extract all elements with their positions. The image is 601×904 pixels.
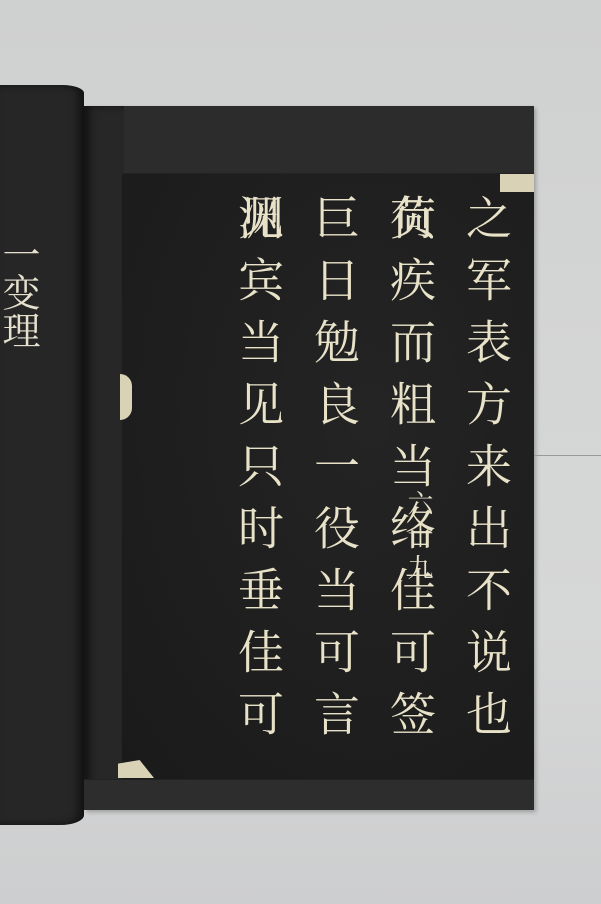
right-page: 之军表方来出不说也荷 负疾而粗当络佳可签 巨日勉良一役当可言渊 见宾当见只时垂佳…: [84, 106, 534, 810]
table-edge-line: [534, 455, 601, 456]
rubbing-panel: 之军表方来出不说也荷 负疾而粗当络佳可签 巨日勉良一役当可言渊 见宾当见只时垂佳…: [122, 174, 534, 780]
calligraphy-column-3: 巨日勉良一役当可言渊: [296, 194, 372, 774]
page-number-annotation: 六十九: [400, 490, 437, 586]
calligraphy-column-4: 见宾当见只时垂佳可: [220, 194, 296, 774]
bottom-margin-band: [84, 779, 534, 810]
inner-gutter: [84, 106, 124, 810]
top-margin-band: [84, 106, 534, 174]
calligraphy-column-1: 之军表方来出不说也荷: [448, 194, 524, 774]
paper-patch-left: [120, 374, 132, 420]
left-page: 一变理: [0, 85, 84, 825]
left-page-characters: 一变理: [8, 235, 58, 349]
calligraphy-column-2: 负疾而粗当络佳可签: [372, 194, 448, 774]
paper-patch-top-right: [500, 174, 534, 192]
paper-patch-bottom-left: [118, 760, 154, 778]
calligraphy-columns: 之军表方来出不说也荷 负疾而粗当络佳可签 巨日勉良一役当可言渊 见宾当见只时垂佳…: [220, 194, 524, 774]
